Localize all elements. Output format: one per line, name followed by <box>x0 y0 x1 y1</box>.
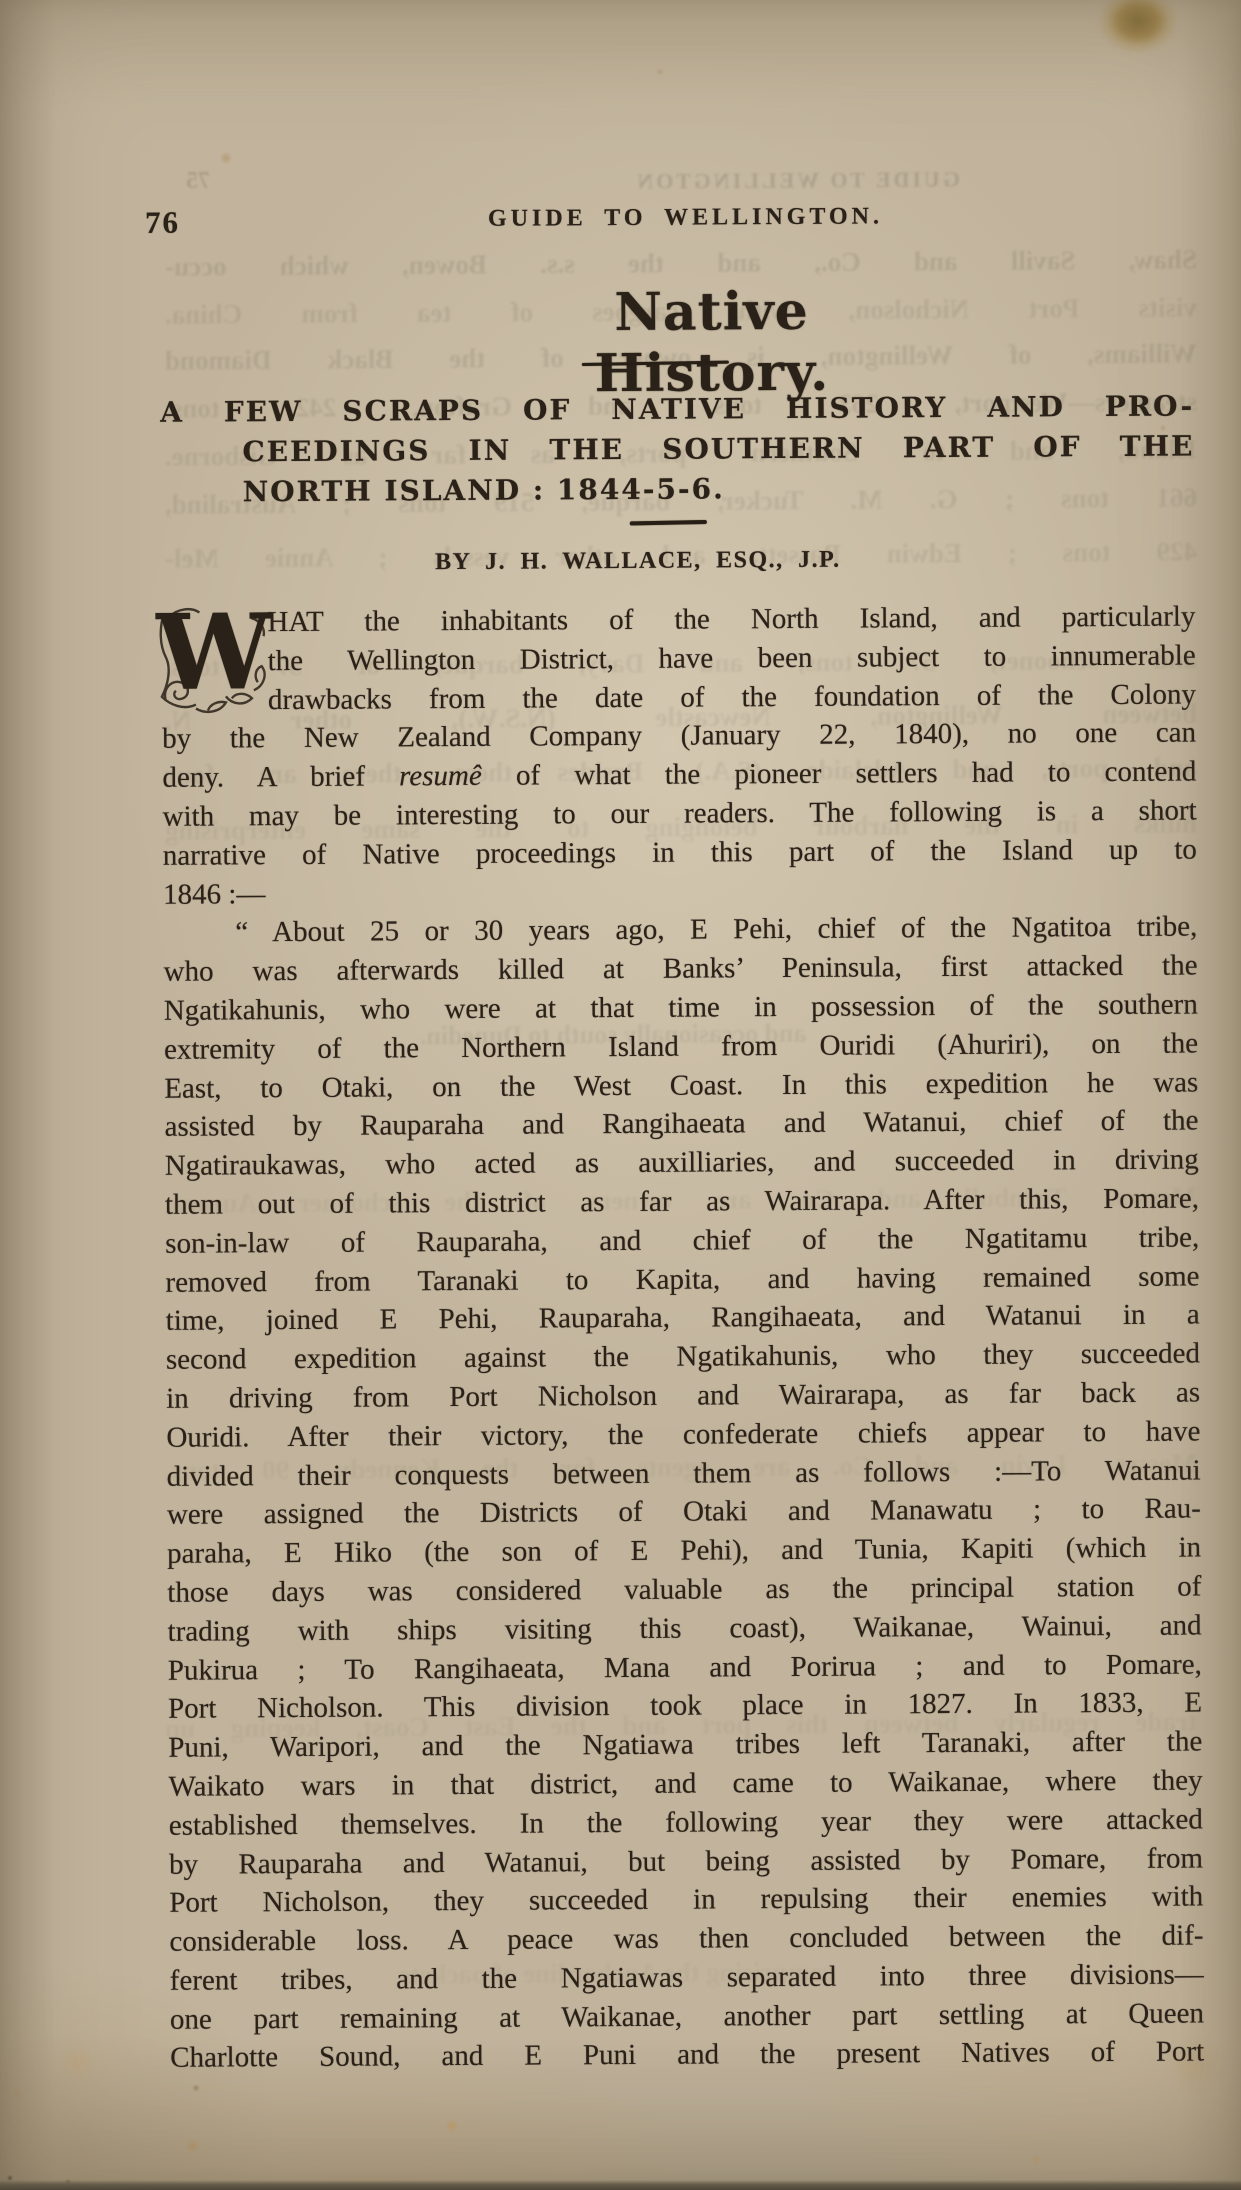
body-line: “ About 25 or 30 years ago, E Pehi, chie… <box>163 908 1197 953</box>
body-line: 1846 :— <box>163 869 1197 914</box>
article-heading: A FEW SCRAPS OF NATIVE HISTORY AND PRO-C… <box>160 386 1195 512</box>
body-line: one part remaining at Waikanae, another … <box>170 1994 1204 2039</box>
body-line: considerable loss. A peace was then conc… <box>169 1917 1203 1962</box>
body-line: Charlotte Sound, and E Puni and the pres… <box>170 2033 1204 2078</box>
body-line: who was afterwards killed at Banks’ Peni… <box>163 947 1197 992</box>
body-line: divided their conquests between them as … <box>167 1451 1201 1496</box>
body-line: deny. A brief resumê of what the pioneer… <box>162 753 1196 798</box>
body-line: son-in-law of Rauparaha, and chief of th… <box>165 1218 1199 1263</box>
body-line: were assigned the Districts of Otaki and… <box>167 1490 1201 1535</box>
heading-rule <box>630 520 707 526</box>
body-line: Ngatikahunis, who were at that time in p… <box>164 985 1198 1030</box>
body-line: assisted by Rauparaha and Rangihaeata an… <box>164 1102 1198 1147</box>
body-line: those days was considered valuable as th… <box>167 1567 1201 1612</box>
page-number: 76 <box>145 205 180 241</box>
body-line: East, to Otaki, on the West Coast. In th… <box>164 1063 1198 1108</box>
body-line: drawbacks from the date of the foundatio… <box>162 675 1196 720</box>
body-line: established themselves. In the following… <box>169 1800 1203 1845</box>
body-line: with may be interesting to our readers. … <box>163 791 1197 836</box>
body-line: them out of this district as far as Wair… <box>165 1179 1199 1224</box>
body-line: ferent tribes, and the Ngatiawas separat… <box>170 1955 1204 2000</box>
body-line: the Wellington District, have been subje… <box>162 636 1196 681</box>
body-line: paraha, E Hiko (the son of E Pehi), and … <box>167 1529 1201 1574</box>
body-line: Port Nicholson. This division took place… <box>168 1684 1202 1729</box>
body-line: second expedition against the Ngatikahun… <box>166 1335 1200 1380</box>
body-line: Waikato wars in that district, and came … <box>168 1761 1202 1806</box>
heading-line: NORTH ISLAND : 1844-5-6. <box>161 466 1195 512</box>
body-line: Pukirua ; To Rangihaeata, Mana and Porir… <box>168 1645 1202 1690</box>
book-page: 75GUIDE TO WELLINGTONShaw, Savill and Co… <box>0 0 1241 2190</box>
heading-line: CEEDINGS IN THE SOUTHERN PART OF THE <box>160 426 1194 472</box>
body-line: Puni, Waripori, and the Ngatiawa tribes … <box>168 1723 1202 1768</box>
body-line: in driving from Port Nicholson and Waira… <box>166 1373 1200 1418</box>
body-line: by the New Zealand Company (January 22, … <box>162 714 1196 759</box>
body-line: Ngatiraukawas, who acted as auxilliaries… <box>165 1141 1199 1186</box>
body-text: HAT the inhabitants of the North Island,… <box>161 597 1204 2078</box>
body-line: extremity of the Northern Island from Ou… <box>164 1024 1198 1069</box>
section-title: Native History. <box>511 280 912 404</box>
body-line: trading with ships visiting this coast),… <box>167 1606 1201 1651</box>
page-content: 76 GUIDE TO WELLINGTON. Native History. … <box>0 0 1241 2190</box>
body-line: HAT the inhabitants of the North Island,… <box>161 597 1195 642</box>
body-line: by Rauparaha and Watanui, but being assi… <box>169 1839 1203 1884</box>
running-head: GUIDE TO WELLINGTON. <box>488 203 883 232</box>
body-line: time, joined E Pehi, Rauparaha, Rangihae… <box>166 1296 1200 1341</box>
byline: BY J. H. WALLACE, ESQ., J.P. <box>435 547 841 576</box>
body-line: removed from Taranaki to Kapita, and hav… <box>165 1257 1199 1302</box>
heading-line: A FEW SCRAPS OF NATIVE HISTORY AND PRO- <box>160 386 1194 432</box>
body-line: narrative of Native proceedings in this … <box>163 830 1197 875</box>
body-line: Port Nicholson, they succeeded in repuls… <box>169 1878 1203 1923</box>
body-line: Ouridi. After their victory, the confede… <box>166 1412 1200 1457</box>
page-bottom-edge <box>0 2180 1241 2190</box>
